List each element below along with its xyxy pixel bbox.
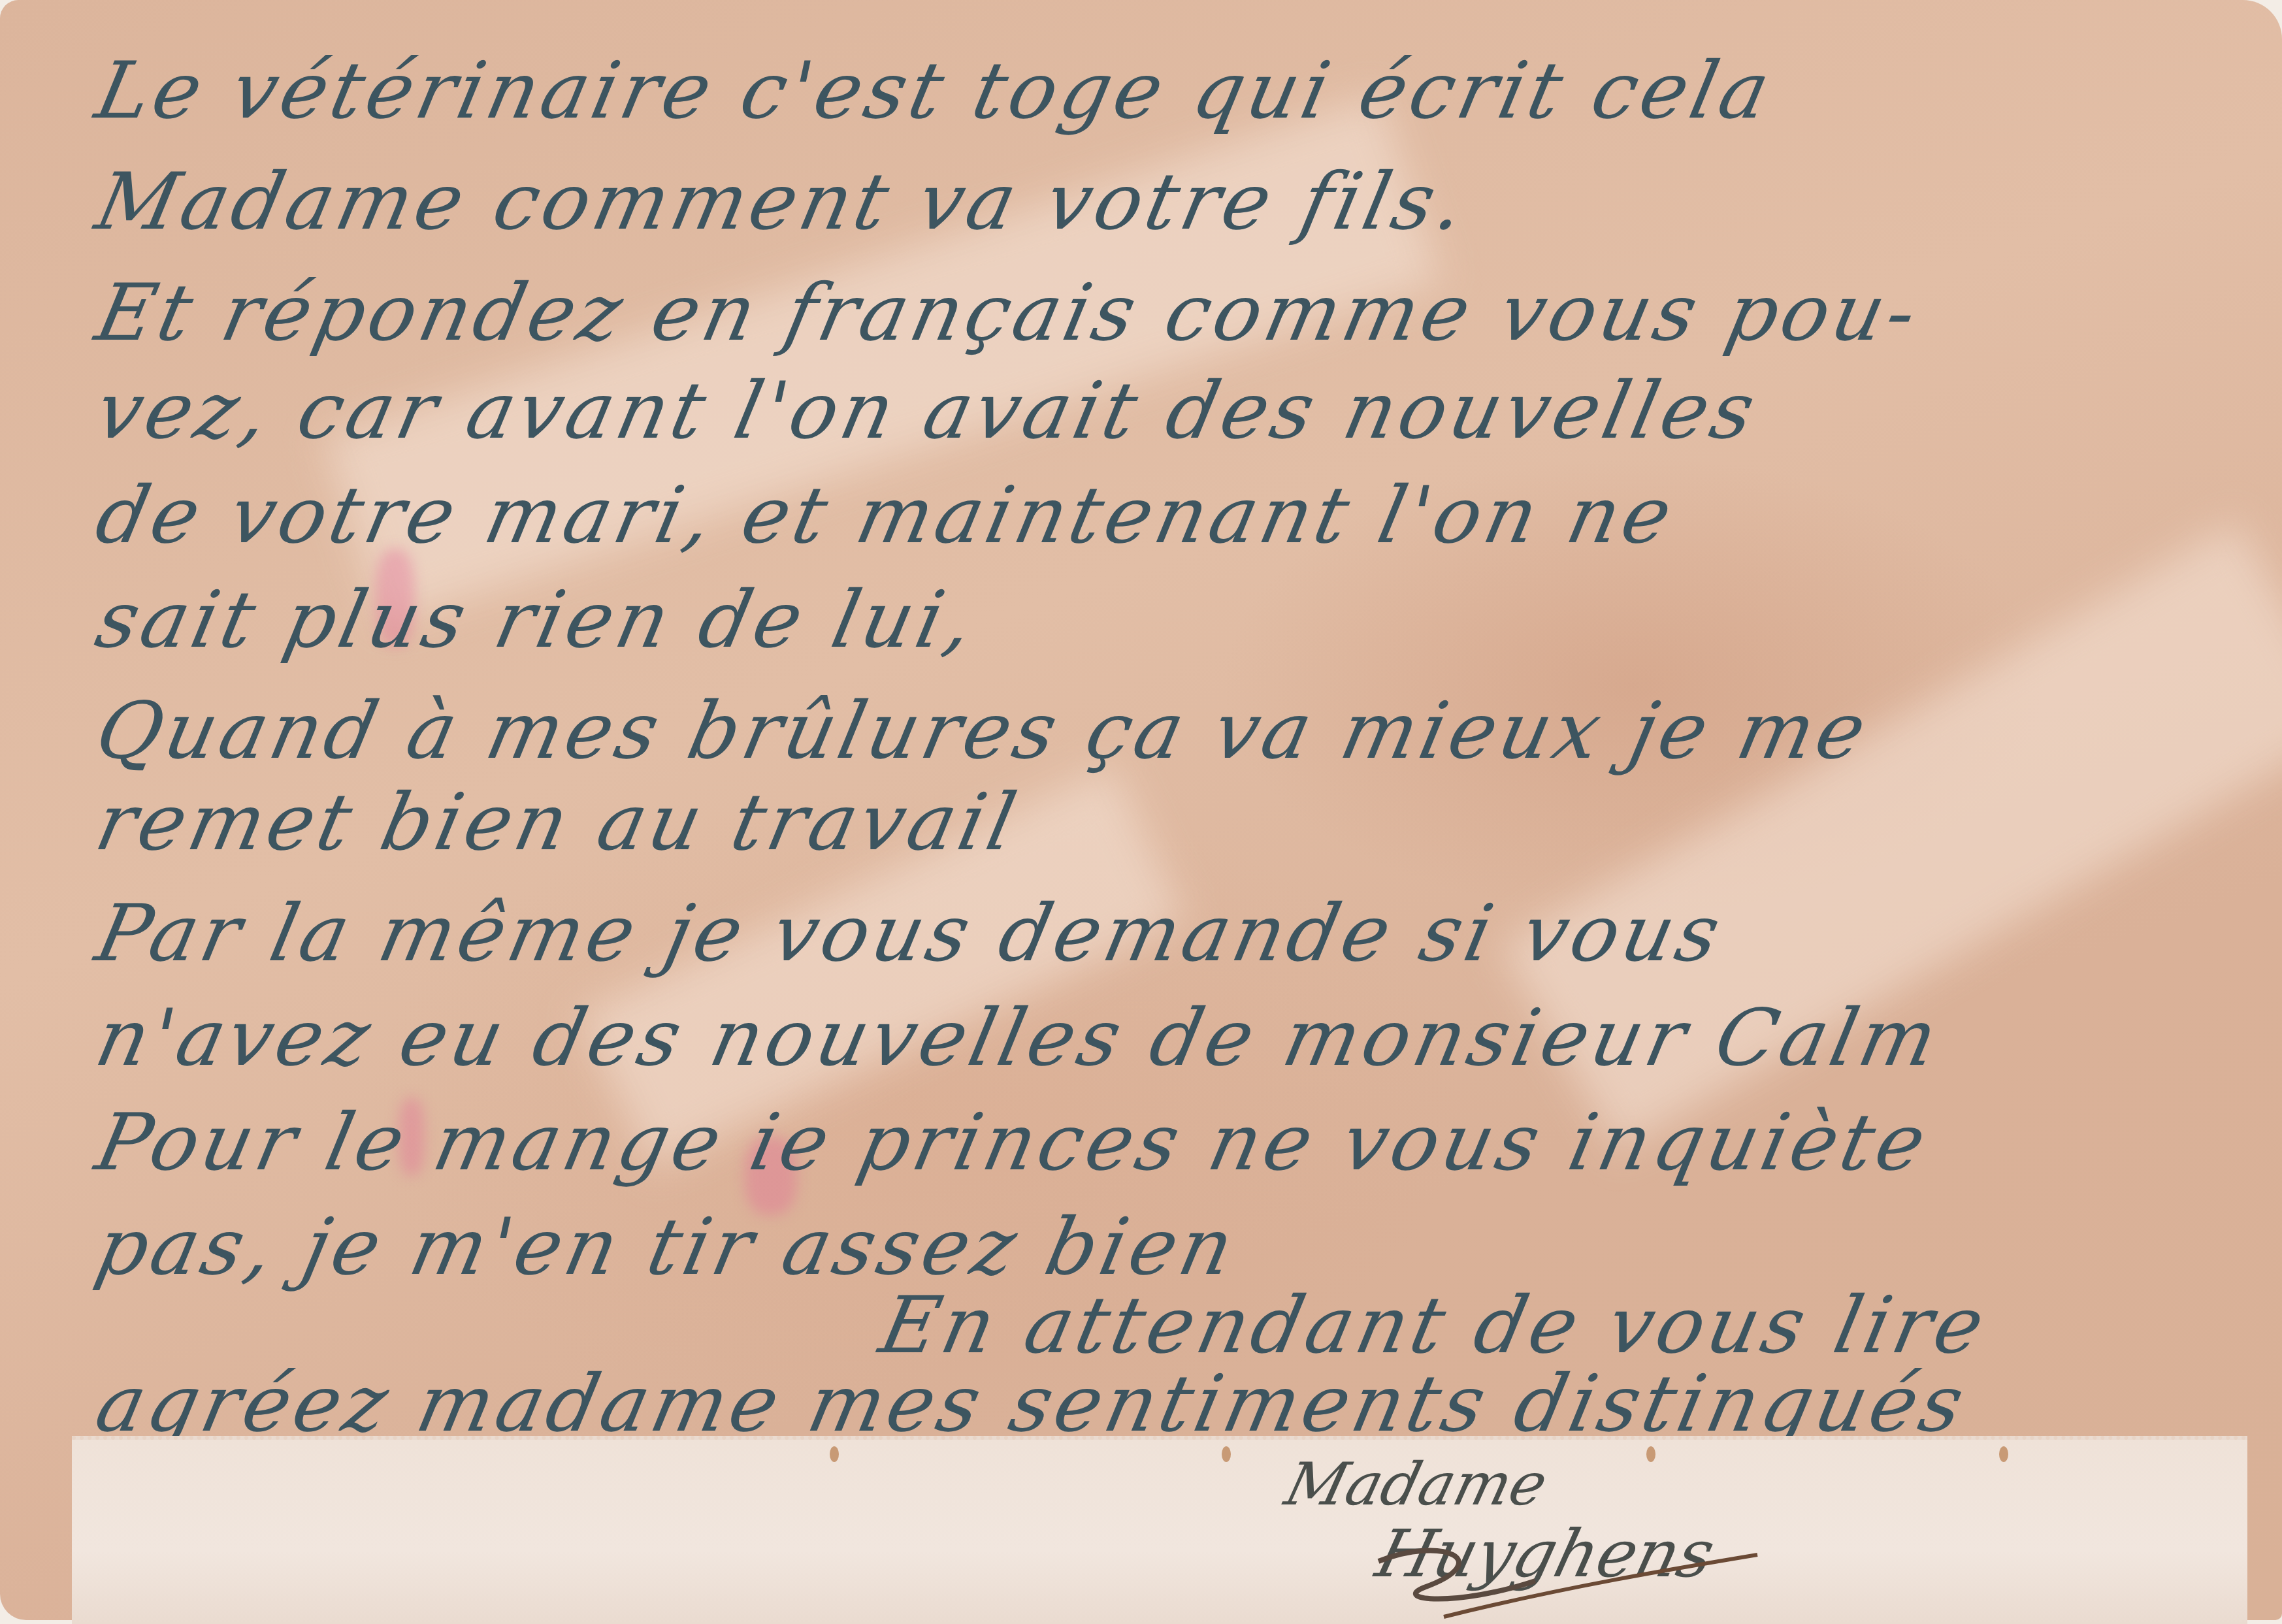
signature: Madame Huyghens — [1274, 1444, 1797, 1614]
perforation-hole — [830, 1446, 839, 1462]
letter-line: Par la même je vous demande si vous — [88, 888, 1731, 980]
signature-title: Madame — [1279, 1450, 1554, 1519]
postcard: Le vétérinaire c'est toge qui écrit cela… — [0, 0, 2282, 1620]
letter-line: Pour le mange ie princes ne vous inquièt… — [88, 1097, 1937, 1189]
letter-line: sait plus rien de lui, — [88, 575, 985, 666]
letter-line: Et répondez en français comme vous pou- — [88, 268, 1928, 359]
letter-line: de votre mari, et maintenant l'on ne — [88, 470, 1683, 562]
perforation-hole — [1222, 1446, 1231, 1462]
letter-line: Quand à mes brûlures ça va mieux je me — [88, 686, 1878, 777]
perforation-hole — [1999, 1446, 2008, 1462]
letter-line: Madame comment va votre fils. — [88, 157, 1476, 248]
letter-line: vez, car avant l'on avait des nouvelles — [88, 366, 1766, 457]
signature-flourish — [1365, 1542, 1770, 1620]
letter-line: n'avez eu des nouvelles de monsieur Calm — [88, 993, 1948, 1084]
letter-line: pas, je m'en tir assez bien — [88, 1202, 1245, 1293]
letter-line: Le vétérinaire c'est toge qui écrit cela — [88, 46, 1781, 137]
stamp-perforation-strip — [72, 1436, 2247, 1620]
letter-line-closing: En attendant de vous lire — [872, 1280, 1995, 1372]
letter-line: remet bien au travail — [88, 777, 1027, 869]
